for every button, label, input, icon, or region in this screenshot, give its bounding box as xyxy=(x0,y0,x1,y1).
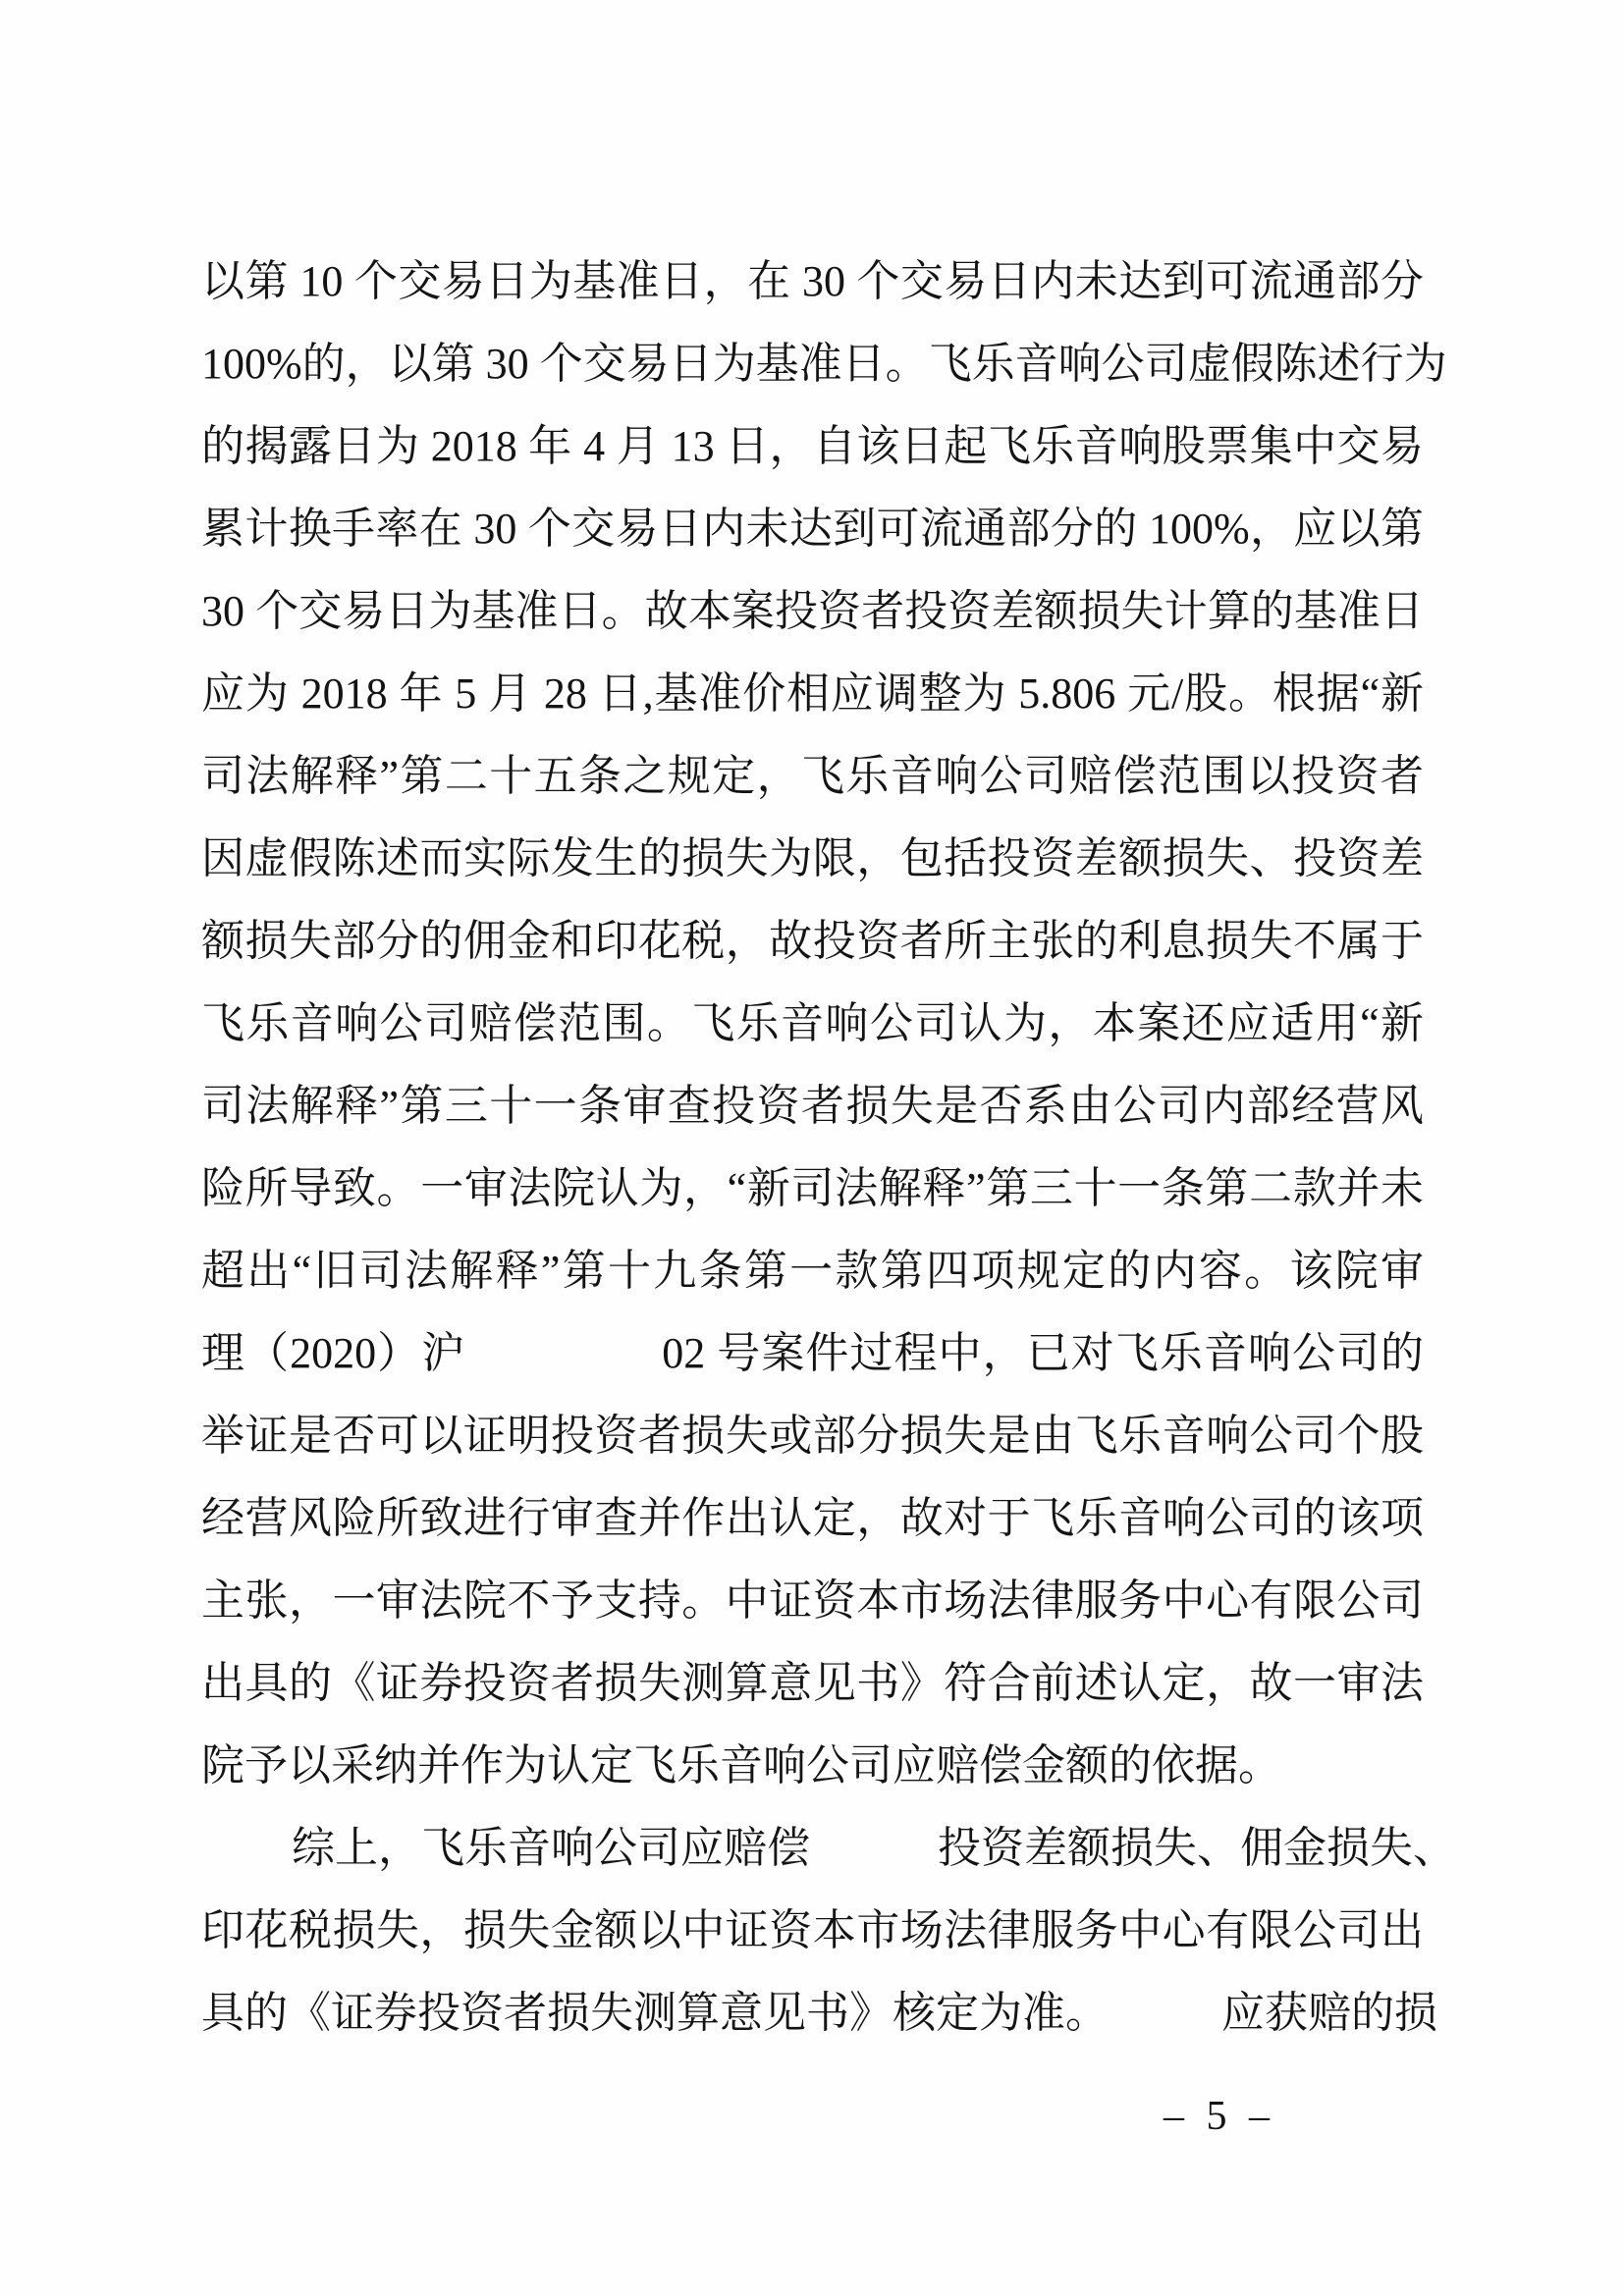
text-line-p1-l1: 以第 10 个交易日为基准日，在 30 个交易日内未达到可流通部分 xyxy=(201,240,1424,323)
text-line-p1-l7: 司法解释”第二十五条之规定，飞乐音响公司赔偿范围以投资者 xyxy=(201,735,1424,818)
text-line-p1-l2: 100%的，以第 30 个交易日为基准日。飞乐音响公司虚假陈述行为 xyxy=(201,323,1424,405)
text-line-p1-l17: 主张，一审法院不予支持。中证资本市场法律服务中心有限公司 xyxy=(201,1560,1424,1642)
text-segment: 超出“旧司法解释”第十九条第一款第四项规定的内容。该院审 xyxy=(201,1247,1424,1295)
text-segment: 以第 10 个交易日为基准日，在 30 个交易日内未达到可流通部分 xyxy=(201,257,1424,305)
text-line-p1-l4: 累计换手率在 30 个交易日内未达到可流通部分的 100%，应以第 xyxy=(201,488,1424,570)
text-segment: 具的《证券投资者损失测算意见书》核定为准。 xyxy=(201,1989,1109,2037)
redacted-party-gap xyxy=(810,1851,938,1853)
redacted-case-number-gap xyxy=(465,1357,662,1359)
text-segment: 30 个交易日为基准日。故本案投资者投资差额损失计算的基准日 xyxy=(201,587,1424,635)
text-segment: 印花税损失，损失金额以中证资本市场法律服务中心有限公司出 xyxy=(201,1906,1424,1954)
text-line-p2-l2: 印花税损失，损失金额以中证资本市场法律服务中心有限公司出 xyxy=(201,1890,1424,1972)
text-line-p1-l10: 飞乐音响公司赔偿范围。飞乐音响公司认为，本案还应适用“新 xyxy=(201,983,1424,1065)
text-segment: 出具的《证券投资者损失测算意见书》符合前述认定，故一审法 xyxy=(201,1659,1424,1707)
text-segment: 100%的，以第 30 个交易日为基准日。飞乐音响公司虚假陈述行为 xyxy=(201,340,1447,388)
text-line-p1-l19: 院予以采纳并作为认定飞乐音响公司应赔偿金额的依据。 xyxy=(201,1725,1424,1807)
text-line-p1-l14: 理（2020）沪02 号案件过程中，已对飞乐音响公司的 xyxy=(201,1312,1424,1395)
page-number: – 5 – xyxy=(1164,2093,1275,2140)
text-line-p1-l13: 超出“旧司法解释”第十九条第一款第四项规定的内容。该院审 xyxy=(201,1230,1424,1312)
text-segment: 院予以采纳并作为认定飞乐音响公司应赔偿金额的依据。 xyxy=(201,1741,1281,1789)
document-body: 以第 10 个交易日为基准日，在 30 个交易日内未达到可流通部分100%的，以… xyxy=(201,240,1424,2055)
text-segment: 险所导致。一审法院认为，“新司法解释”第三十一条第二款并未 xyxy=(201,1164,1424,1212)
text-segment: 应获赔的损 xyxy=(1221,1989,1437,2037)
text-line-p1-l11: 司法解释”第三十一条审查投资者损失是否系由公司内部经营风 xyxy=(201,1065,1424,1148)
text-segment: 主张，一审法院不予支持。中证资本市场法律服务中心有限公司 xyxy=(201,1576,1424,1625)
text-line-p2-l1: 综上，飞乐音响公司应赔偿投资差额损失、佣金损失、 xyxy=(201,1807,1424,1890)
text-line-p1-l6: 应为 2018 年 5 月 28 日,基准价相应调整为 5.806 元/股。根据… xyxy=(201,653,1424,735)
text-segment: 经营风险所致进行审查并作出认定，故对于飞乐音响公司的该项 xyxy=(201,1494,1424,1542)
text-segment: 理（2020）沪 xyxy=(201,1329,465,1377)
text-line-p1-l16: 经营风险所致进行审查并作出认定，故对于飞乐音响公司的该项 xyxy=(201,1477,1424,1560)
text-segment: 的揭露日为 2018 年 4 月 13 日，自该日起飞乐音响股票集中交易 xyxy=(201,422,1424,470)
text-segment: 投资差额损失、佣金损失、 xyxy=(938,1824,1456,1872)
text-line-p1-l12: 险所导致。一审法院认为，“新司法解释”第三十一条第二款并未 xyxy=(201,1148,1424,1230)
text-line-p1-l8: 因虚假陈述而实际发生的损失为限，包括投资差额损失、投资差 xyxy=(201,818,1424,900)
text-line-p1-l5: 30 个交易日为基准日。故本案投资者投资差额损失计算的基准日 xyxy=(201,570,1424,653)
text-segment: 综上，飞乐音响公司应赔偿 xyxy=(292,1824,810,1872)
text-line-p1-l9: 额损失部分的佣金和印花税，故投资者所主张的利息损失不属于 xyxy=(201,900,1424,983)
text-line-p1-l18: 出具的《证券投资者损失测算意见书》符合前述认定，故一审法 xyxy=(201,1642,1424,1725)
text-line-p1-l15: 举证是否可以证明投资者损失或部分损失是由飞乐音响公司个股 xyxy=(201,1395,1424,1477)
text-segment: 累计换手率在 30 个交易日内未达到可流通部分的 100%，应以第 xyxy=(201,505,1424,553)
text-segment: 司法解释”第三十一条审查投资者损失是否系由公司内部经营风 xyxy=(201,1082,1424,1130)
text-segment: 司法解释”第二十五条之规定，飞乐音响公司赔偿范围以投资者 xyxy=(201,752,1424,800)
redacted-party-gap xyxy=(1109,2016,1221,2018)
text-segment: 举证是否可以证明投资者损失或部分损失是由飞乐音响公司个股 xyxy=(201,1412,1424,1460)
text-segment: 飞乐音响公司赔偿范围。飞乐音响公司认为，本案还应适用“新 xyxy=(201,999,1424,1047)
text-segment: 额损失部分的佣金和印花税，故投资者所主张的利息损失不属于 xyxy=(201,917,1424,965)
text-segment: 因虚假陈述而实际发生的损失为限，包括投资差额损失、投资差 xyxy=(201,834,1424,882)
document-page: 以第 10 个交易日为基准日，在 30 个交易日内未达到可流通部分100%的，以… xyxy=(0,0,1624,2296)
text-line-p1-l3: 的揭露日为 2018 年 4 月 13 日，自该日起飞乐音响股票集中交易 xyxy=(201,405,1424,488)
text-segment: 应为 2018 年 5 月 28 日,基准价相应调整为 5.806 元/股。根据… xyxy=(201,669,1424,718)
paragraph-indent xyxy=(201,1851,292,1853)
text-line-p2-l3: 具的《证券投资者损失测算意见书》核定为准。应获赔的损 xyxy=(201,1972,1424,2055)
text-segment: 02 号案件过程中，已对飞乐音响公司的 xyxy=(662,1329,1424,1377)
